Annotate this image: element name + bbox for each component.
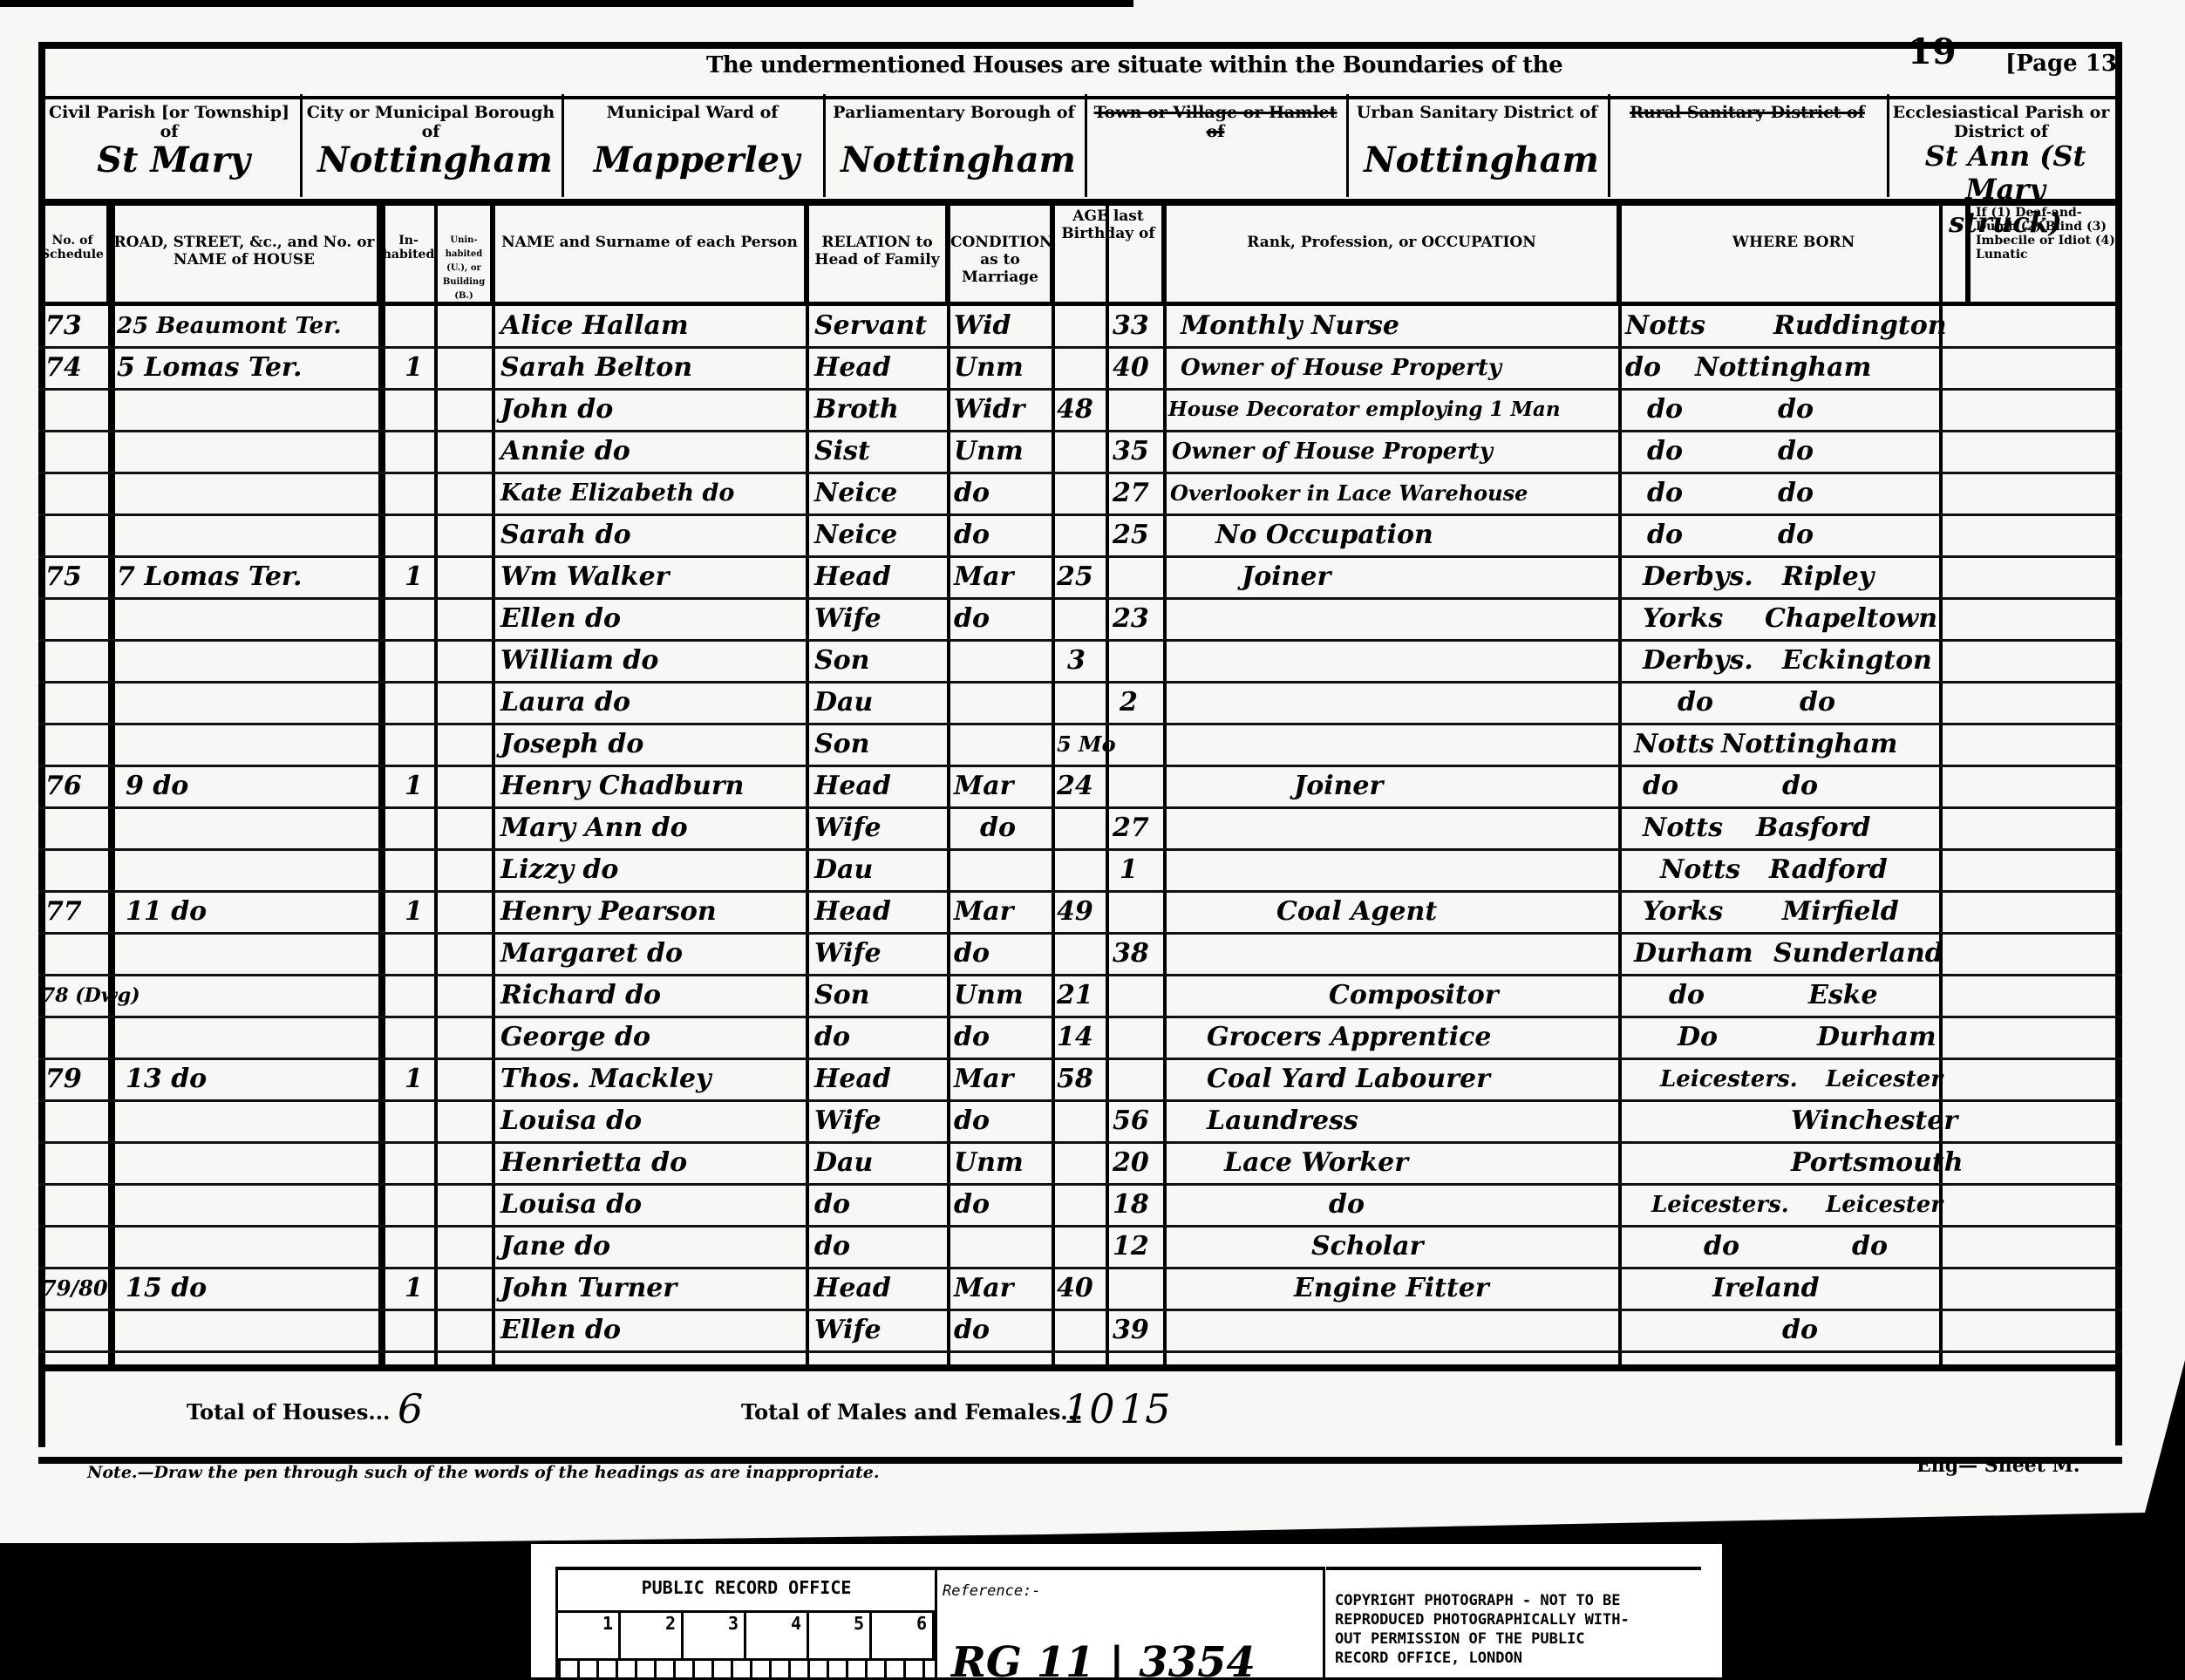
district-rural-sanitary: Rural Sanitary District of	[1608, 94, 1889, 197]
district-municipal-borough: City or Municipal Borough of Nottingham	[300, 94, 564, 197]
total-houses-label: Total of Houses...	[187, 1399, 390, 1425]
table-row: 73 25 Beaumont Ter. Alice Hallam Servant…	[38, 305, 2122, 349]
table-row: 79 13 do 1 Thos. Mackley Head Mar 58 Coa…	[38, 1058, 2122, 1102]
table-row: Jane do do 12 Scholar do do	[38, 1226, 2122, 1269]
totals-row: Total of Houses... 6 Total of Males and …	[38, 1364, 2122, 1464]
table-row: Ellen do Wife do 39 do	[38, 1309, 2122, 1353]
scale-box: PUBLIC RECORD OFFICE 1 2 3 4 5 6	[555, 1567, 937, 1680]
district-municipal-ward: Municipal Ward of Mapperley	[562, 94, 826, 197]
district-ecclesiastical: Ecclesiastical Parish or District of St …	[1887, 94, 2115, 197]
table-row: Kate Elizabeth do Neice do 27 Overlooker…	[38, 473, 2122, 516]
table-row: George do do do 14 Grocers Apprentice Do…	[38, 1017, 2122, 1060]
col-age: AGE last Birthday of	[1055, 199, 1167, 302]
col-where-born: WHERE BORN	[1622, 199, 1971, 302]
ruler-ticks	[558, 1660, 935, 1680]
column-header-row: No. of Schedule ROAD, STREET, &c., and N…	[38, 199, 2122, 306]
table-row: Louisa do Wife do 56 Laundress Wincheste…	[38, 1100, 2122, 1144]
total-males-value: 10	[1064, 1385, 1115, 1432]
district-town-village: Town or Village or Hamlet of	[1085, 94, 1349, 197]
table-row: Margaret do Wife do 38 Durham Sunderland	[38, 933, 2122, 976]
col-schedule: No. of Schedule	[38, 199, 112, 302]
table-row: 77 11 do 1 Henry Pearson Head Mar 49 Coa…	[38, 891, 2122, 935]
table-row: 75 7 Lomas Ter. 1 Wm Walker Head Mar 25 …	[38, 556, 2122, 600]
table-row: Joseph do Son 5 Mo Notts Nottingham	[38, 724, 2122, 767]
table-row: Annie do Sist Unm 35 Owner of House Prop…	[38, 431, 2122, 474]
scan-edge	[0, 0, 1133, 7]
table-row: William do Son 3 Derbys. Eckington	[38, 640, 2122, 684]
record-office-strip: PUBLIC RECORD OFFICE 1 2 3 4 5 6 Referen…	[528, 1541, 1725, 1680]
total-houses-value: 6	[398, 1385, 423, 1432]
table-row: Louisa do do do 18 do Leicesters. Leices…	[38, 1184, 2122, 1228]
total-females-value: 15	[1120, 1385, 1171, 1432]
table-row: Lizzy do Dau 1 Notts Radford	[38, 849, 2122, 893]
table-row: Ellen do Wife do 23 Yorks Chapeltown	[38, 598, 2122, 642]
reference-box: Reference:- RG 11 | 3354	[932, 1567, 1325, 1680]
district-parliamentary-borough: Parliamentary Borough of Nottingham	[823, 94, 1087, 197]
col-inhabited: In-habited	[382, 199, 438, 302]
col-relation: RELATION to Head of Family	[809, 199, 950, 302]
table-row: Sarah do Neice do 25 No Occupation do do	[38, 514, 2122, 558]
table-row: 78 (Dwg) Richard do Son Unm 21 Composito…	[38, 975, 2122, 1018]
district-row: Civil Parish [or Township] of St Mary Ci…	[38, 94, 2122, 206]
table-row: Laura do Dau 2 do do	[38, 682, 2122, 725]
col-condition: CONDITION as to Marriage	[950, 199, 1055, 302]
table-row: 74 5 Lomas Ter. 1 Sarah Belton Head Unm …	[38, 347, 2122, 391]
total-persons-label: Total of Males and Females...	[741, 1399, 1082, 1425]
col-occupation: Rank, Profession, or OCCUPATION	[1167, 199, 1622, 302]
col-name: NAME and Surname of each Person	[495, 199, 809, 302]
col-infirmity: If (1) Deaf-and-Dumb (2) Blind (3) Imbec…	[1971, 199, 2115, 302]
table-row: Henrietta do Dau Unm 20 Lace Worker Port…	[38, 1142, 2122, 1186]
col-uninhabited: Unin-habited (U.), or Building (B.)	[438, 199, 495, 302]
record-office-title: PUBLIC RECORD OFFICE	[558, 1577, 935, 1598]
reference-value: RG 11 | 3354	[951, 1638, 1256, 1680]
table-row: 76 9 do 1 Henry Chadburn Head Mar 24 Joi…	[38, 765, 2122, 809]
footnote: Note.—Draw the pen through such of the w…	[87, 1463, 880, 1482]
copyright-box: COPYRIGHT PHOTOGRAPH - NOT TO BE REPRODU…	[1326, 1567, 1701, 1680]
table-row: Mary Ann do Wife do 27 Notts Basford	[38, 807, 2122, 851]
district-urban-sanitary: Urban Sanitary District of Nottingham	[1346, 94, 1610, 197]
census-page: The undermentioned Houses are situate wi…	[0, 0, 2185, 1543]
table-row: John do Broth Widr 48 House Decorator em…	[38, 389, 2122, 432]
table-row: 79/80 15 do 1 John Turner Head Mar 40 En…	[38, 1268, 2122, 1311]
sheet-reference: Eng— Sheet M.	[1916, 1454, 2080, 1477]
col-address: ROAD, STREET, &c., and No. or NAME of HO…	[112, 199, 382, 302]
district-civil-parish: Civil Parish [or Township] of St Mary	[38, 94, 303, 197]
scale-numbers: 1 2 3 4 5 6	[558, 1610, 935, 1661]
